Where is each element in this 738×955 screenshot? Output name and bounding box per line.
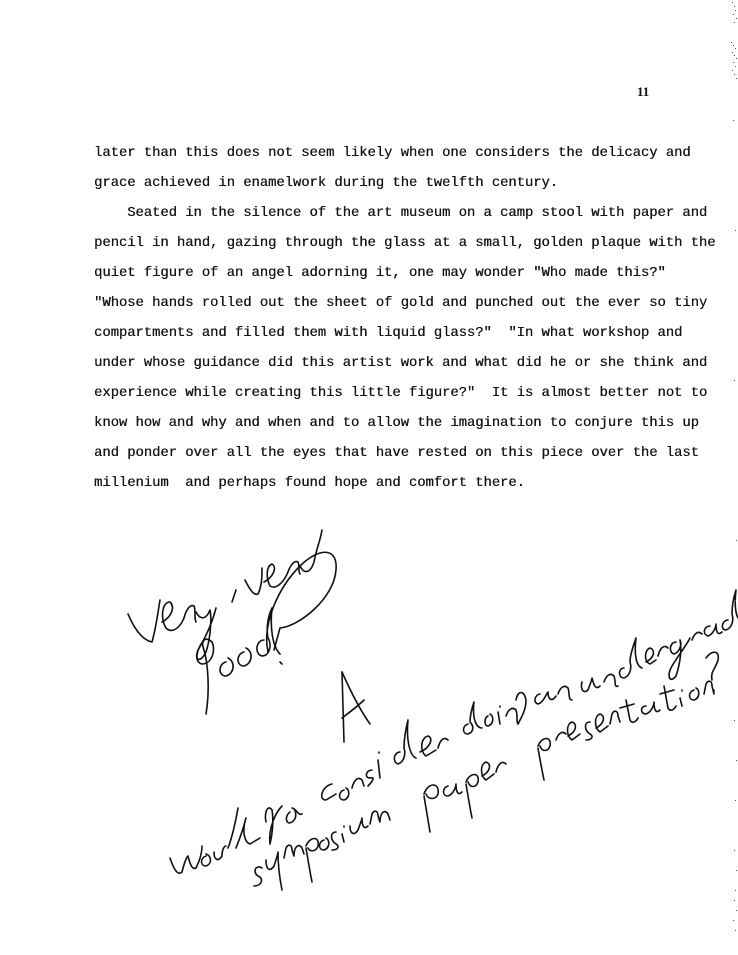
text-line: compartments and filled them with liquid… — [94, 323, 694, 353]
body-text: later than this does not seem likely whe… — [94, 143, 694, 503]
text-line: quiet figure of an angel adorning it, on… — [94, 263, 694, 293]
page-number: 11 — [637, 84, 649, 100]
text-line: experience while creating this little fi… — [94, 383, 694, 413]
handwriting-comment-line-1 — [170, 590, 738, 873]
text-line: and ponder over all the eyes that have r… — [94, 443, 694, 473]
text-line: know how and why and when and to allow t… — [94, 413, 694, 443]
text-line: Seated in the silence of the art museum … — [94, 203, 694, 233]
scan-edge-noise — [728, 0, 738, 955]
handwriting-very — [128, 590, 236, 659]
handwriting-exclamation — [267, 552, 336, 652]
text-line: under whose guidance did this artist wor… — [94, 353, 694, 383]
text-line: millenium and perhaps found hope and com… — [94, 473, 694, 503]
text-line: pencil in hand, gazing through the glass… — [94, 233, 694, 263]
handwriting-comment-line-2 — [254, 652, 718, 890]
handwriting-very-2 — [245, 530, 322, 594]
text-line: grace achieved in enamelwork during the … — [94, 173, 694, 203]
handwriting-grade — [342, 672, 370, 742]
document-page: 11 later than this does not seem likely … — [0, 0, 738, 955]
text-line: "Whose hands rolled out the sheet of gol… — [94, 293, 694, 323]
handwriting-good — [197, 608, 282, 714]
text-line: later than this does not seem likely whe… — [94, 143, 694, 173]
